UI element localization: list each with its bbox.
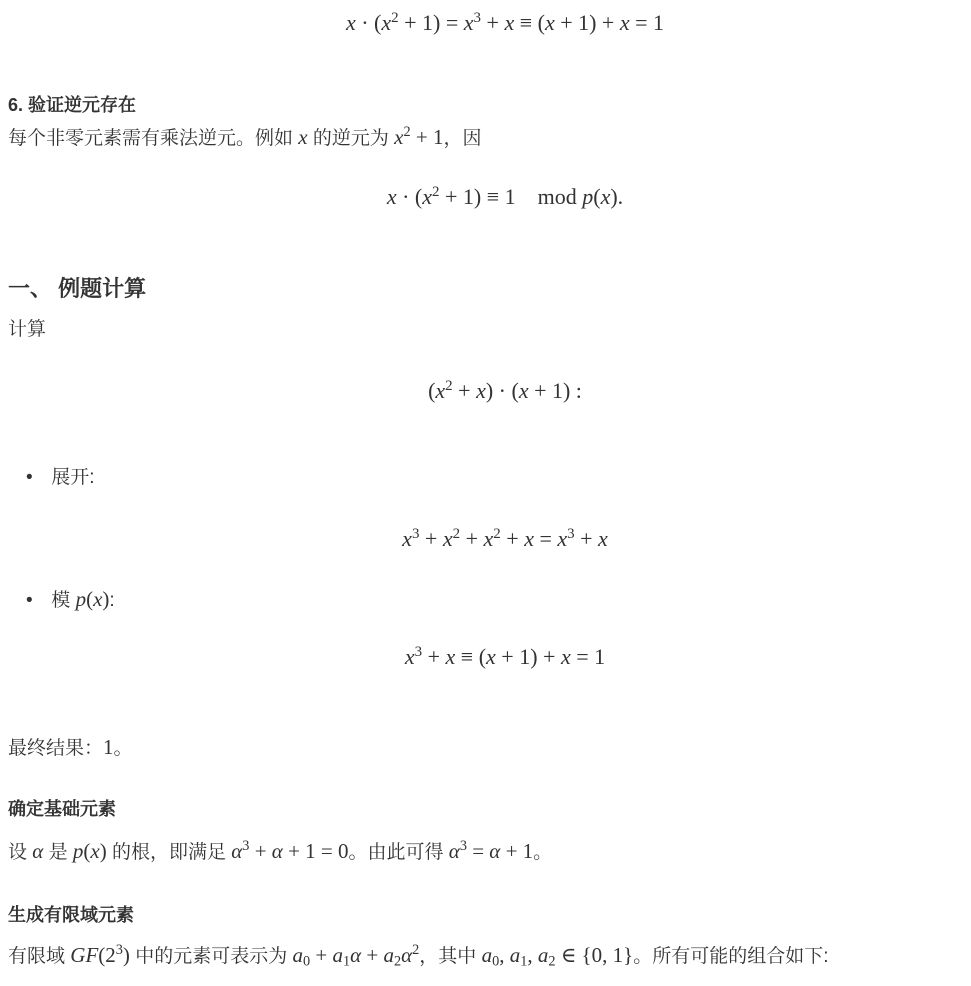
- equation-example: (x2 + x) · (x + 1) :: [0, 374, 971, 407]
- section-6-text: 每个非零元素需有乘法逆元。例如 x 的逆元为 x2 + 1，因: [8, 122, 482, 154]
- text-fragment: 。: [114, 738, 133, 759]
- step-label: 展开:: [51, 467, 94, 488]
- basis-heading: 确定基础元素: [8, 796, 116, 823]
- step-label: 模: [51, 590, 75, 611]
- example-heading: 一、 例题计算: [8, 272, 146, 305]
- inline-math-inverse: x2 + 1: [394, 125, 443, 149]
- equation-expand: x3 + x2 + x2 + x = x3 + x: [0, 522, 971, 555]
- text-fragment: :: [109, 590, 114, 611]
- generate-heading: 生成有限域元素: [8, 902, 134, 929]
- example-intro: 计算: [8, 316, 46, 345]
- list-item-mod: 模 p(x):: [28, 584, 115, 616]
- text-fragment: 的逆元为: [308, 128, 395, 149]
- result-label: 最终结果：: [8, 738, 103, 759]
- text-fragment: 每个非零元素需有乘法逆元。例如: [8, 128, 298, 149]
- generate-text: 有限域 GF(23) 中的元素可表示为 a0 + a1α + a2α2，其中 a…: [8, 940, 829, 972]
- equation-inverse: x · (x2 + 1) ≡ 1 mod p(x).: [0, 180, 971, 213]
- equation-mod: x3 + x ≡ (x + 1) + x = 1: [0, 640, 971, 673]
- inline-math-px: p(x): [76, 587, 110, 611]
- list-item-expand: 展开:: [28, 464, 95, 493]
- text-fragment: ，因: [443, 128, 481, 149]
- final-result: 最终结果：1。: [8, 732, 133, 764]
- inline-math-x: x: [298, 125, 307, 149]
- section-6-heading: 6. 验证逆元存在: [8, 92, 136, 119]
- basis-text: 设 α 是 p(x) 的根，即满足 α3 + α + 1 = 0。由此可得 α3…: [8, 836, 552, 868]
- equation-top: x · (x2 + 1) = x3 + x ≡ (x + 1) + x = 1: [0, 6, 971, 39]
- result-value: 1: [103, 735, 114, 759]
